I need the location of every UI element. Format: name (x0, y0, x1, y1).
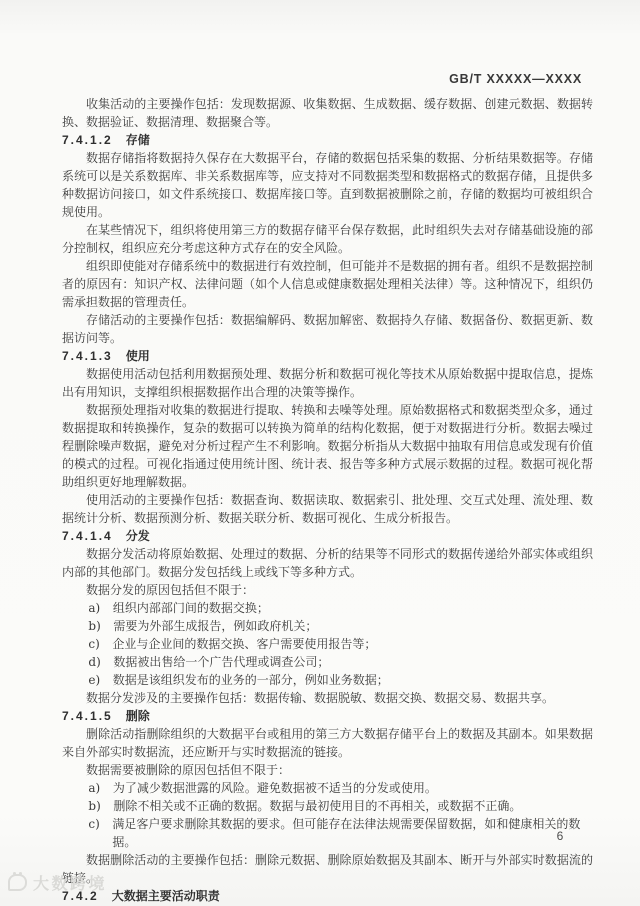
list-item: b)需要为外部生成报告，例如政府机关； (62, 617, 593, 635)
section-heading: 7.4.1.4分发 (62, 527, 593, 545)
watermark: 大数跨境 (8, 871, 107, 894)
list-item-marker: d) (88, 653, 100, 671)
list-item-text: 需要为外部生成报告，例如政府机关； (113, 617, 593, 635)
section-heading: 7.4.1.5删除 (62, 707, 593, 725)
paragraph: 数据分发涉及的主要操作包括：数据传输、数据脱敏、数据交换、数据交易、数据共享。 (62, 689, 593, 707)
watermark-logo-icon (8, 874, 27, 891)
standard-code-header: GB/T XXXXX—XXXX (449, 72, 582, 86)
list-item-text: 为了减少数据泄露的风险。避免数据被不适当的分发或使用。 (113, 779, 593, 797)
list-item-text: 满足客户要求删除其数据的要求。但可能存在法律法规需要保留数据，如和健康相关的数据… (112, 815, 593, 851)
paragraph: 删除活动指删除组织的大数据平台或租用的第三方大数据存储平台上的数据及其副本。如果… (62, 725, 593, 761)
paragraph: 数据预处理指对收集的数据进行提取、转换和去噪等处理。原始数据格式和数据类型众多，… (62, 401, 593, 491)
section-heading: 7.4.2大数据主要活动职责 (62, 887, 593, 905)
paragraph: 数据使用活动包括利用数据预处理、数据分析和数据可视化等技术从原始数据中提取信息，… (62, 365, 593, 401)
list-item-marker: b) (88, 617, 100, 635)
list-item: c)企业与企业间的数据交换、客户需要使用报告等； (62, 635, 593, 653)
list-item-text: 数据被出售给一个广告代理或调查公司； (113, 653, 593, 671)
paragraph: 数据存储指将数据持久保存在大数据平台，存储的数据包括采集的数据、分析结果数据等。… (62, 149, 593, 221)
list-item: a)组织内部部门间的数据交换； (62, 599, 593, 617)
paragraph: 存储活动的主要操作包括：数据编解码、数据加解密、数据持久存储、数据备份、数据更新… (62, 311, 593, 347)
list-item-marker: a) (88, 599, 100, 617)
section-heading-number: 7.4.1.2 (62, 133, 113, 147)
scanned-document-page: { "page": { "header_code": "GB/T XXXXX—X… (0, 0, 640, 906)
watermark-text: 大数跨境 (33, 871, 107, 894)
list-item-marker: e) (88, 671, 100, 689)
list-item: d)数据被出售给一个广告代理或调查公司； (62, 653, 593, 671)
list-item: c)满足客户要求删除其数据的要求。但可能存在法律法规需要保留数据，如和健康相关的… (62, 815, 593, 851)
paragraph: 数据分发活动将原始数据、处理过的数据、分析的结果等不同形式的数据传递给外部实体或… (62, 545, 593, 581)
list-item-marker: a) (88, 779, 100, 797)
section-heading-number: 7.4.1.5 (62, 709, 113, 723)
section-heading-title: 大数据主要活动职责 (112, 889, 220, 903)
list-item: a)为了减少数据泄露的风险。避免数据被不适当的分发或使用。 (62, 779, 593, 797)
section-heading-number: 7.4.1.3 (62, 349, 113, 363)
section-heading-title: 存储 (126, 133, 150, 147)
page-number: 6 (552, 829, 568, 843)
list-item: e)数据是该组织发布的业务的一部分，例如业务数据； (62, 671, 593, 689)
section-heading-title: 分发 (126, 529, 150, 543)
list-item-marker: c) (88, 635, 99, 653)
list-item-marker: c) (88, 815, 99, 851)
list-item-text: 数据是该组织发布的业务的一部分，例如业务数据； (113, 671, 593, 689)
section-heading-title: 使用 (126, 349, 150, 363)
paragraph: 在某些情况下，组织将使用第三方的数据存储平台保存数据，此时组织失去对存储基础设施… (62, 221, 593, 257)
paragraph: 组织即使能对存储系统中的数据进行有效控制，但可能并不是数据的拥有者。组织不是数据… (62, 257, 593, 311)
section-heading-title: 删除 (126, 709, 150, 723)
section-heading-number: 7.4.1.4 (62, 529, 113, 543)
list-item-marker: b) (88, 797, 100, 815)
section-heading: 7.4.1.3使用 (62, 347, 593, 365)
section-heading: 7.4.1.2存储 (62, 131, 593, 149)
paragraph: 收集活动的主要操作包括：发现数据源、收集数据、生成数据、缓存数据、创建元数据、数… (62, 95, 593, 131)
paragraph: 数据删除活动的主要操作包括：删除元数据、删除原始数据及其副本、断开与外部实时数据… (62, 851, 593, 887)
list-item-text: 组织内部部门间的数据交换； (113, 599, 593, 617)
list-item-text: 删除不相关或不正确的数据。数据与最初使用目的不再相关，或数据不正确。 (113, 797, 593, 815)
document-body: 收集活动的主要操作包括：发现数据源、收集数据、生成数据、缓存数据、创建元数据、数… (62, 95, 593, 905)
paragraph: 使用活动的主要操作包括：数据查询、数据读取、数据索引、批处理、交互式处理、流处理… (62, 491, 593, 527)
list-item: b)删除不相关或不正确的数据。数据与最初使用目的不再相关，或数据不正确。 (62, 797, 593, 815)
paragraph: 数据分发的原因包括但不限于： (62, 581, 593, 599)
list-item-text: 企业与企业间的数据交换、客户需要使用报告等； (112, 635, 593, 653)
paragraph: 数据需要被删除的原因包括但不限于： (62, 761, 593, 779)
